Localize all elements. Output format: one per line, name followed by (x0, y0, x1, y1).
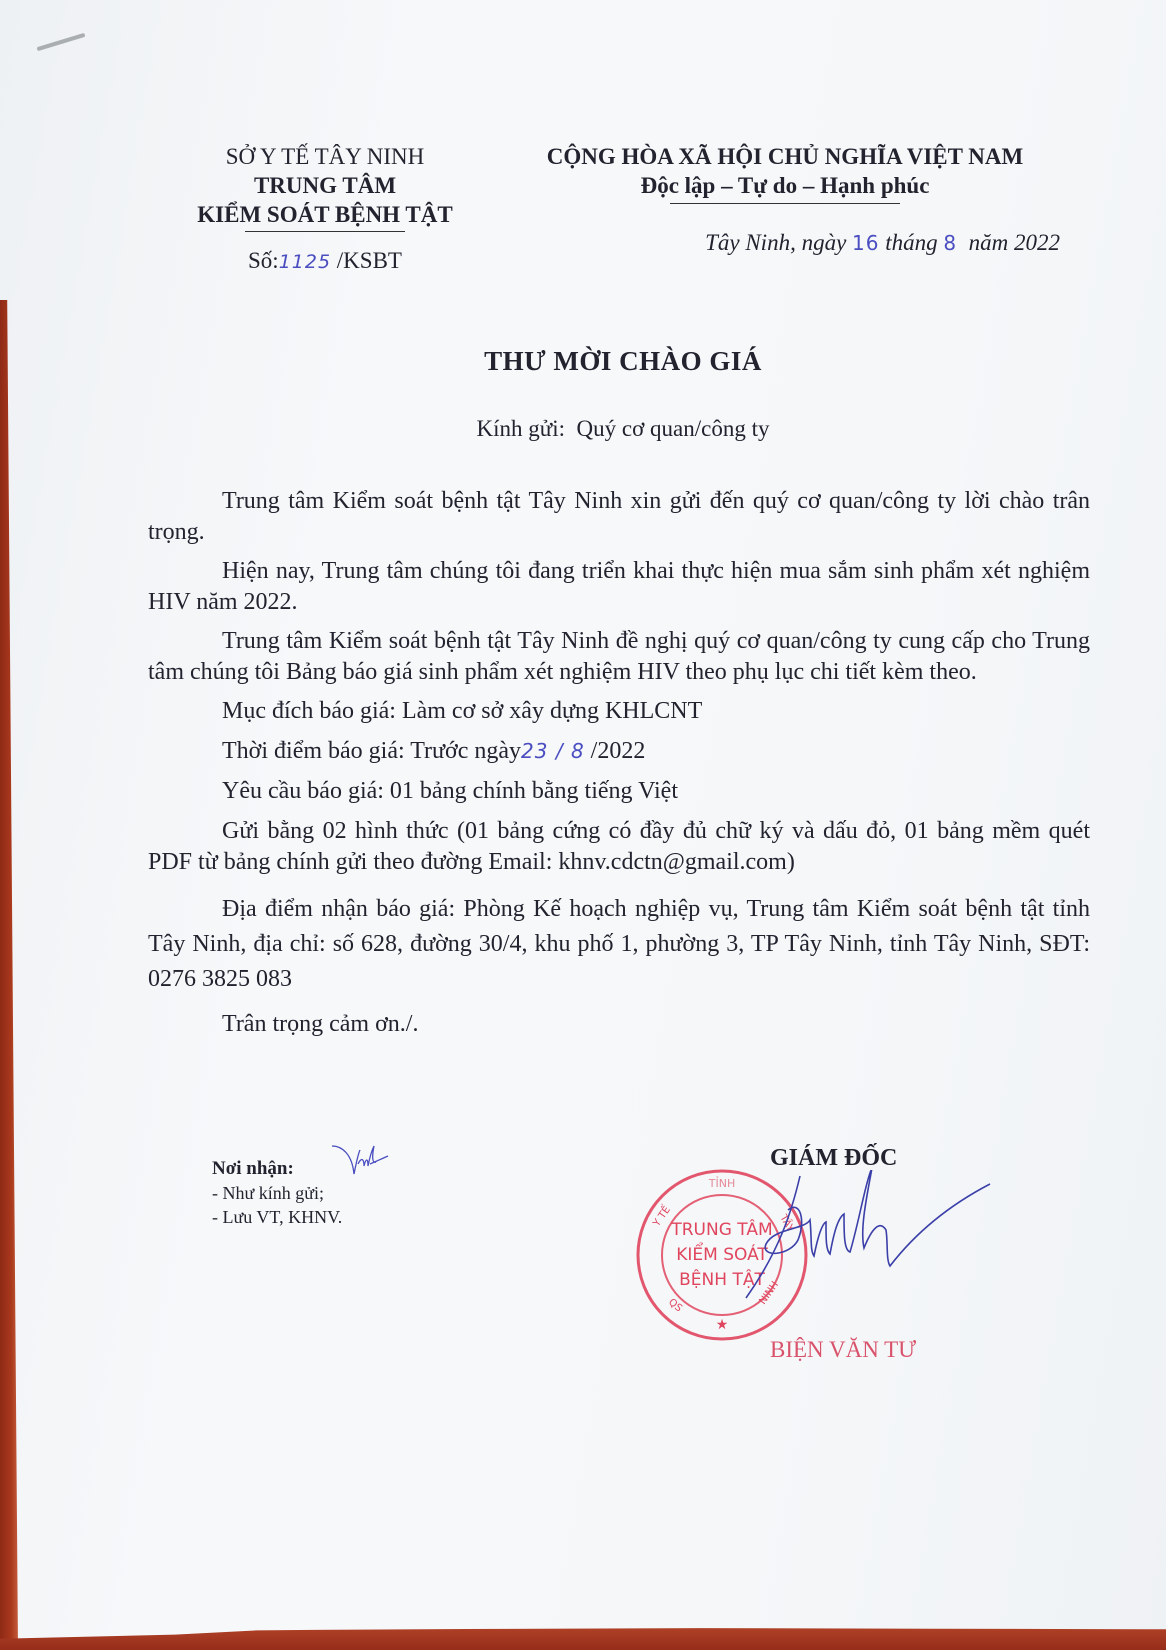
signer-name: BIỆN VĂN TƯ (770, 1337, 916, 1363)
org-name-line2: KIỂM SOÁT BỆNH TẬT (197, 200, 452, 229)
stamp-top-text: TỈNH (708, 1176, 735, 1190)
quote-deadline: Thời điểm báo giá: Trước ngày23 / 8 /202… (148, 736, 1090, 767)
quote-location: Địa điểm nhận báo giá: Phòng Kế hoạch ng… (148, 892, 1090, 997)
body-paragraph-3: Trung tâm Kiểm soát bệnh tật Tây Ninh đề… (148, 626, 1090, 688)
month-handwritten: 8 (943, 231, 957, 255)
svg-text:★: ★ (716, 1317, 729, 1333)
deadline-prefix: Thời điểm báo giá: Trước ngày (222, 738, 521, 764)
recipient-item: - Lưu VT, KHNV. (212, 1205, 342, 1229)
quote-submission: Gửi bằng 02 hình thức (01 bảng cứng có đ… (148, 816, 1090, 878)
doc-number-suffix: /KSBT (331, 248, 402, 273)
deadline-suffix: /2022 (585, 738, 646, 764)
year-label: năm 2022 (957, 230, 1060, 255)
doc-number-label: Số: (248, 248, 279, 273)
salutation: Kính gửi: Quý cơ quan/công ty (0, 416, 1166, 442)
recipient-item: - Như kính gửi; (212, 1181, 342, 1205)
recipients-block: Nơi nhận: - Như kính gửi; - Lưu VT, KHNV… (212, 1157, 342, 1229)
recipients-label: Nơi nhận: (212, 1157, 342, 1181)
nation-title: CỘNG HÒA XÃ HỘI CHỦ NGHĨA VIỆT NAM (500, 142, 1070, 171)
day-handwritten: 16 (852, 231, 879, 255)
quote-requirement: Yêu cầu báo giá: 01 bảng chính bằng tiến… (148, 776, 1090, 807)
initials-signature-icon (330, 1140, 390, 1180)
place-date: Tây Ninh, ngày 16 tháng 8 năm 2022 (600, 230, 1060, 256)
agency-underline (245, 231, 405, 232)
document-title: THƯ MỜI CHÀO GIÁ (0, 346, 1166, 377)
director-signature-icon (740, 1170, 1000, 1310)
ministry-name: SỞ Y TẾ TÂY NINH (160, 142, 490, 171)
doc-number-handwritten: 1125 (279, 251, 331, 273)
body-paragraph-1: Trung tâm Kiểm soát bệnh tật Tây Ninh xi… (148, 486, 1090, 548)
org-name-line1: TRUNG TÂM (160, 171, 490, 200)
document-number: Số:1125 /KSBT (160, 246, 490, 277)
national-motto: Độc lập – Tự do – Hạnh phúc (500, 171, 1070, 200)
deadline-month-handwritten: 8 (571, 739, 585, 763)
national-header: CỘNG HÒA XÃ HỘI CHỦ NGHĨA VIỆT NAM Độc l… (500, 142, 1070, 204)
quote-purpose: Mục đích báo giá: Làm cơ sở xây dựng KHL… (148, 696, 1090, 727)
month-label: tháng (880, 230, 944, 255)
issuing-agency: SỞ Y TẾ TÂY NINH TRUNG TÂM KIỂM SOÁT BỆN… (160, 142, 490, 277)
deadline-separator: / (548, 739, 570, 763)
letter-body: Trung tâm Kiểm soát bệnh tật Tây Ninh xi… (148, 486, 1090, 1048)
body-paragraph-2: Hiện nay, Trung tâm chúng tôi đang triển… (148, 556, 1090, 618)
place-prefix: Tây Ninh, ngày (705, 230, 852, 255)
motto-underline (670, 203, 900, 204)
deadline-day-handwritten: 23 (521, 739, 548, 763)
closing-line: Trân trọng cảm ơn./. (148, 1009, 1090, 1040)
